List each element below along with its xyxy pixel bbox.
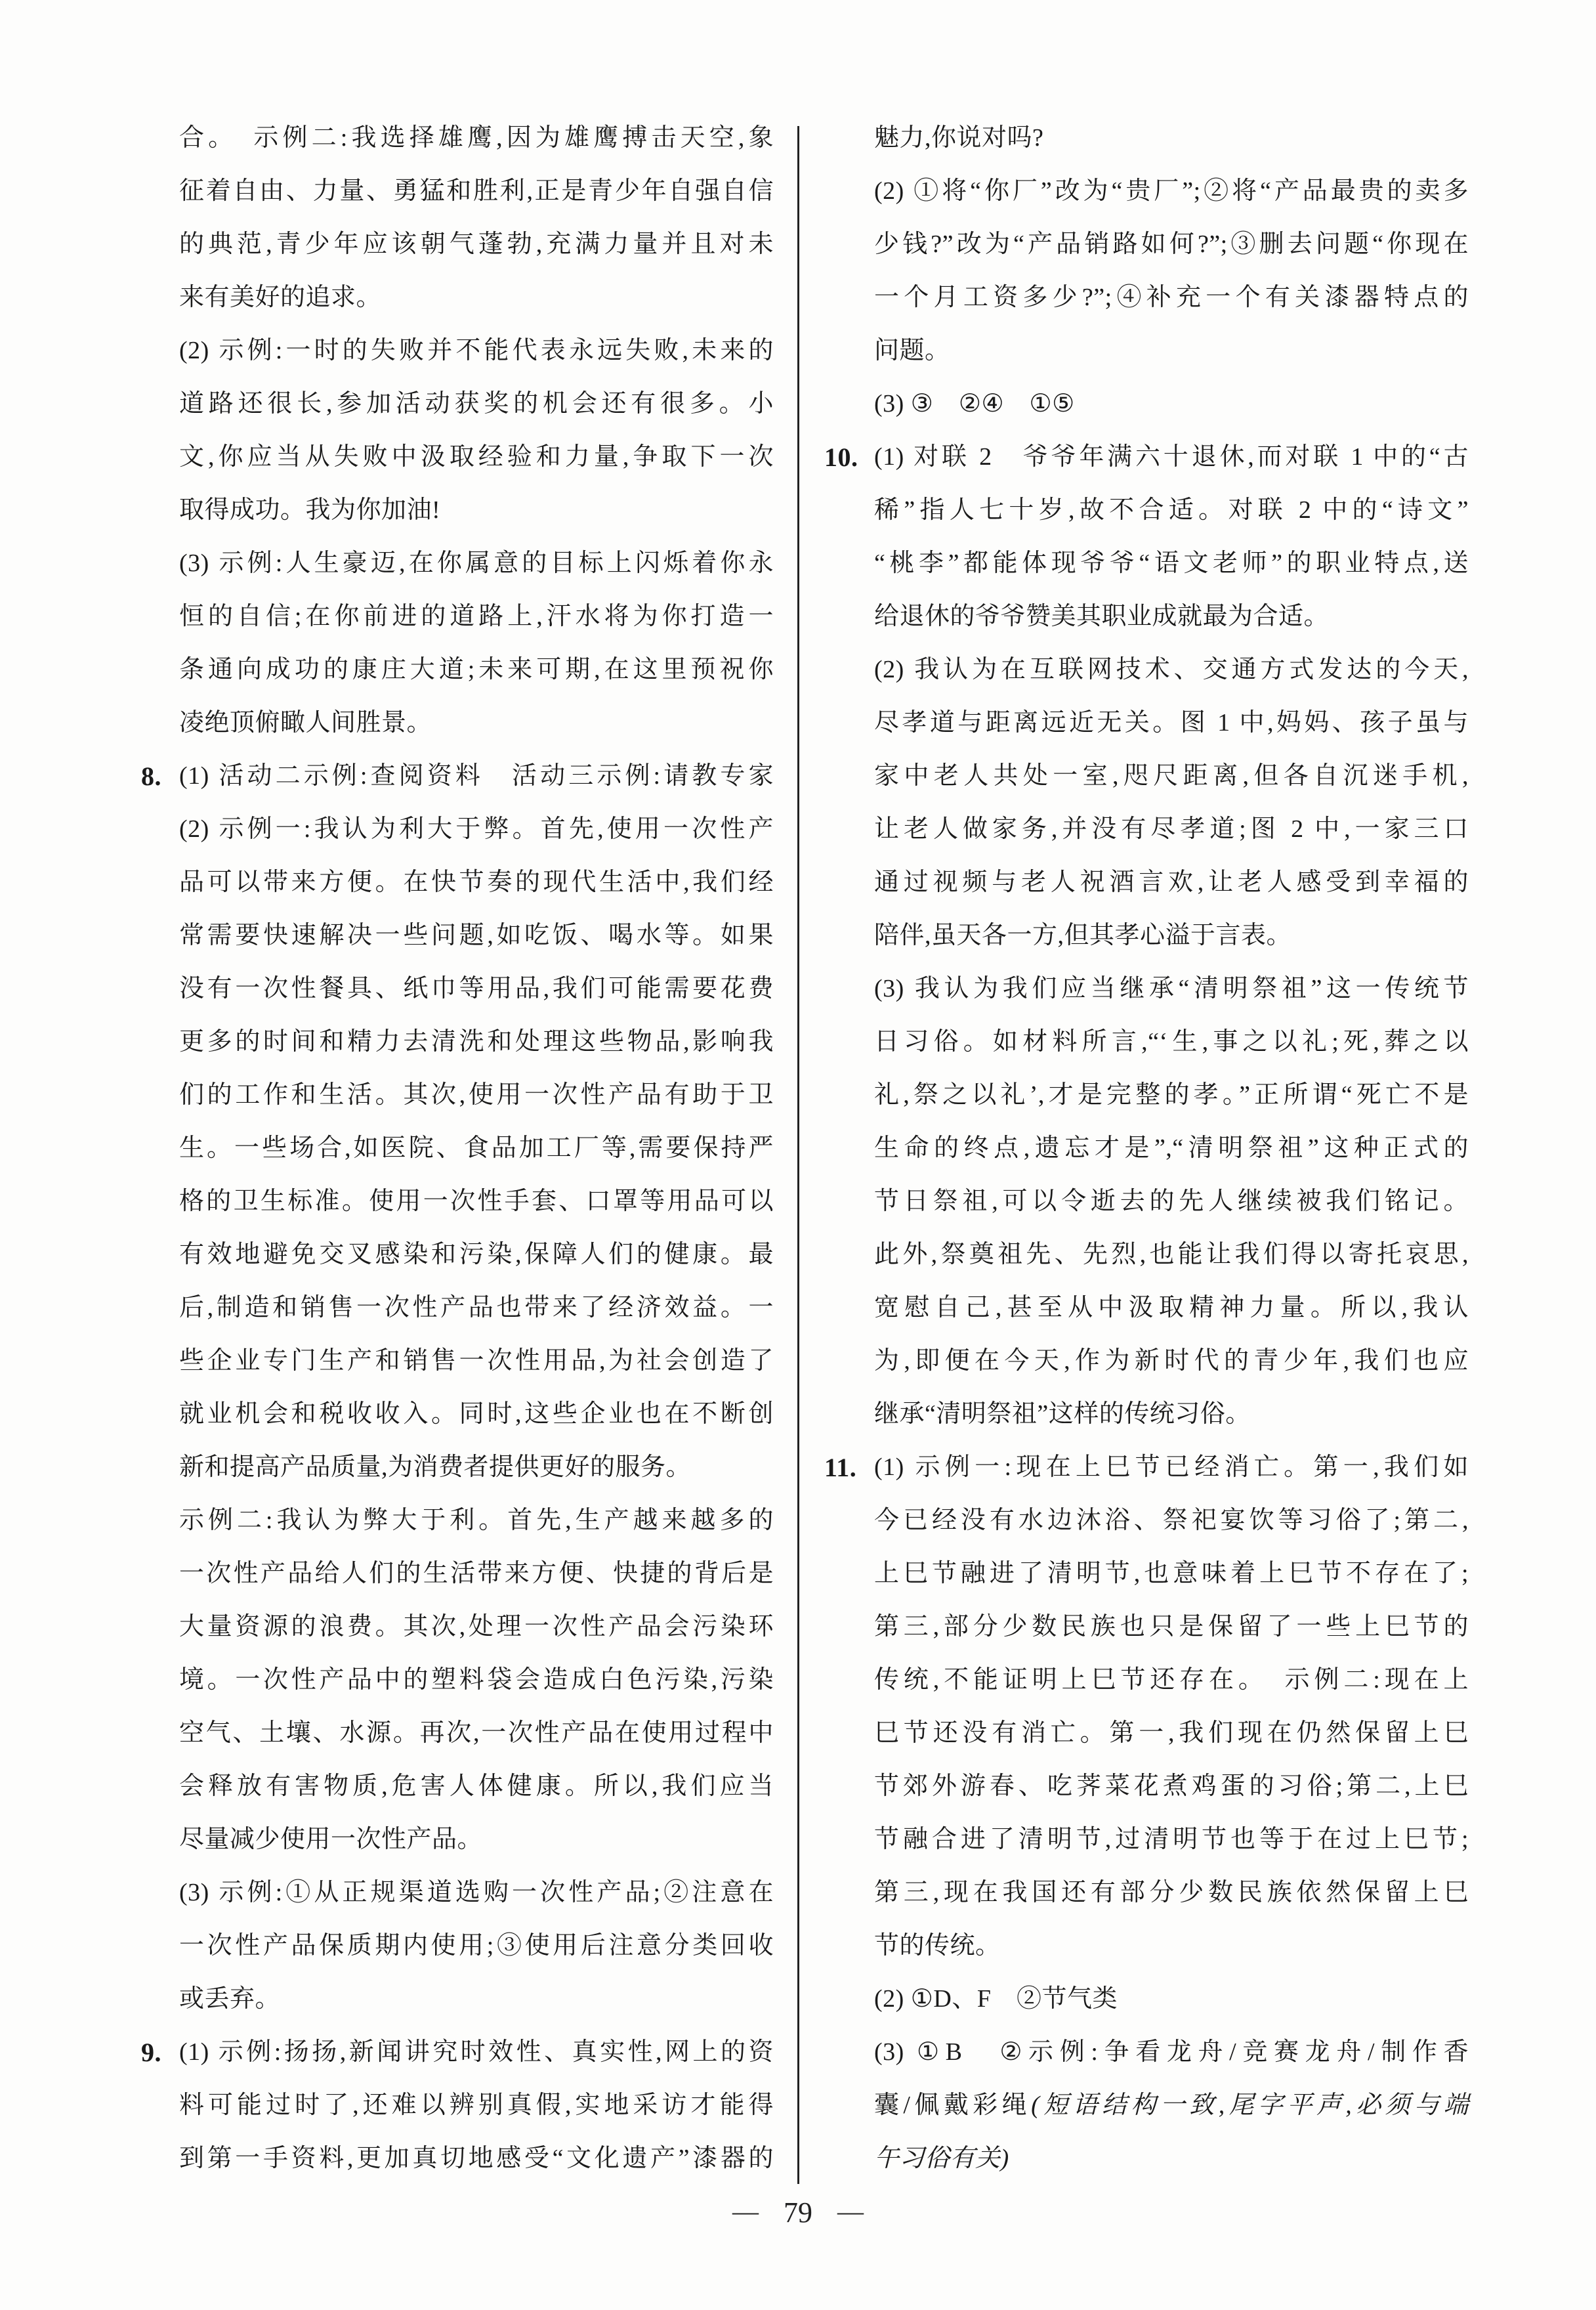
- answer-text: 陪伴,虽天各一方,但其孝心溢于言表。: [874, 922, 1291, 949]
- answer-text: 生。一些场合,如医院、食品加工厂等,需要保持严: [179, 1134, 774, 1162]
- answer-text: 文,你应当从失败中汲取经验和力量,争取下一次: [179, 443, 774, 471]
- text-line: “桃李”都能体现爷爷“语文老师”的职业特点,送: [874, 537, 1469, 590]
- text-line: 尽量减少使用一次性产品。: [179, 1813, 774, 1866]
- text-line: 魅力,你说对吗?: [874, 112, 1469, 165]
- text-line: 品可以带来方便。在快节奏的现代生活中,我们经: [179, 856, 774, 909]
- text-line: (2) ①将“你厂”改为“贵厂”;②将“产品最贵的卖多: [874, 165, 1469, 218]
- text-line: 节日祭祖,可以令逝去的先人继续被我们铭记。: [874, 1175, 1469, 1228]
- answer-text: 一个月工资多少?”;④补充一个有关漆器特点的: [874, 284, 1469, 311]
- text-line: 就业机会和税收收入。同时,这些企业也在不断创: [179, 1388, 774, 1441]
- text-line: (3) 我认为我们应当继承“清明祭祖”这一传统节: [874, 962, 1469, 1016]
- answer-text: 品可以带来方便。在快节奏的现代生活中,我们经: [179, 868, 774, 896]
- text-line: 继承“清明祭祖”这样的传统习俗。: [874, 1388, 1469, 1441]
- answer-text: (1) 示例一:现在上巳节已经消亡。第一,我们如: [874, 1453, 1469, 1481]
- text-line: 第三,现在我国还有部分少数民族依然保留上巳: [874, 1866, 1469, 1919]
- answer-text: 生命的终点,遗忘才是”,“清明祭祖”这种正式的: [874, 1134, 1469, 1162]
- answer-text: (2) ①D、F ②节气类: [874, 1985, 1118, 2013]
- text-line: (2) 示例:一时的失败并不能代表永远失败,未来的: [179, 324, 774, 377]
- answer-text: 第三,现在我国还有部分少数民族依然保留上巳: [874, 1879, 1469, 1906]
- text-line: 一次性产品保质期内使用;③使用后注意分类回收: [179, 1919, 774, 1973]
- answer-text: (2) 示例:一时的失败并不能代表永远失败,未来的: [179, 337, 774, 364]
- text-line: 今已经没有水边沐浴、祭祀宴饮等习俗了;第二,: [874, 1494, 1469, 1547]
- left-column: 合。 示例二:我选择雄鹰,因为雄鹰搏击天空,象征着自由、力量、勇猛和胜利,正是青…: [179, 112, 774, 2185]
- answer-text: 魅力,你说对吗?: [874, 124, 1043, 152]
- answer-text: 格的卫生标准。使用一次性手套、口罩等用品可以: [179, 1187, 774, 1215]
- text-line: 节融合进了清明节,过清明节也等于在过上巳节;: [874, 1813, 1469, 1866]
- answer-text: 一次性产品保质期内使用;③使用后注意分类回收: [179, 1932, 774, 1959]
- text-line: (2) 示例一:我认为利大于弊。首先,使用一次性产: [179, 803, 774, 856]
- text-line: 来有美好的追求。: [179, 271, 774, 324]
- text-line: 道路还很长,参加活动获奖的机会还有很多。小: [179, 377, 774, 431]
- text-line: 问题。: [874, 324, 1469, 377]
- answer-text: (1) 示例:扬扬,新闻讲究时效性、真实性,网上的资: [179, 2038, 774, 2066]
- footer-dash-left: —: [732, 2196, 759, 2227]
- text-line: 常需要快速解决一些问题,如吃饭、喝水等。如果: [179, 909, 774, 962]
- answer-text: (2) ①将“你厂”改为“贵厂”;②将“产品最贵的卖多: [874, 177, 1469, 205]
- text-line: 传统,不能证明上巳节还存在。 示例二:现在上: [874, 1654, 1469, 1707]
- text-line: (2) ①D、F ②节气类: [874, 1973, 1469, 2026]
- answer-text: 今已经没有水边沐浴、祭祀宴饮等习俗了;第二,: [874, 1507, 1469, 1534]
- answer-text: 后,制造和销售一次性产品也带来了经济效益。一: [179, 1294, 774, 1321]
- item-number: 11.: [824, 1441, 856, 1494]
- answer-text: (3) ①B ②示例:争看龙舟/竞赛龙舟/制作香: [874, 2038, 1469, 2066]
- text-line: 节郊外游春、吃荠菜花煮鸡蛋的习俗;第二,上巳: [874, 1760, 1469, 1813]
- text-line: 会释放有害物质,危害人体健康。所以,我们应当: [179, 1760, 774, 1813]
- text-line: 征着自由、力量、勇猛和胜利,正是青少年自强自信: [179, 165, 774, 218]
- answer-text: 第三,部分少数民族也只是保留了一些上巳节的: [874, 1613, 1469, 1640]
- text-line: 10.(1) 对联 2 爷爷年满六十退休,而对联 1 中的“古: [874, 431, 1469, 484]
- text-line: 第三,部分少数民族也只是保留了一些上巳节的: [874, 1600, 1469, 1654]
- text-line: 的典范,青少年应该朝气蓬勃,充满力量并且对未: [179, 218, 774, 271]
- answer-text: 礼,祭之以礼’,才是完整的孝。”正所谓“死亡不是: [874, 1081, 1469, 1109]
- text-line: 让老人做家务,并没有尽孝道;图 2 中,一家三口: [874, 803, 1469, 856]
- answer-text: 或丢弃。: [179, 1985, 280, 2013]
- text-line: 此外,祭奠祖先、先烈,也能让我们得以寄托哀思,: [874, 1228, 1469, 1281]
- text-line: 大量资源的浪费。其次,处理一次性产品会污染环: [179, 1600, 774, 1654]
- text-line: 给退休的爷爷赞美其职业成就最为合适。: [874, 590, 1469, 643]
- answer-text: 到第一手资料,更加真切地感受“文化遗产”漆器的: [179, 2145, 774, 2172]
- answer-text: 空气、土壤、水源。再次,一次性产品在使用过程中: [179, 1719, 774, 1747]
- annotation-text: 午习俗有关): [874, 2145, 1009, 2172]
- text-line: 一个月工资多少?”;④补充一个有关漆器特点的: [874, 271, 1469, 324]
- text-line: 有效地避免交叉感染和污染,保障人们的健康。最: [179, 1228, 774, 1281]
- answer-text: 一次性产品给人们的生活带来方便、快捷的背后是: [179, 1560, 774, 1587]
- text-line: 囊/佩戴彩绳(短语结构一致,尾字平声,必须与端: [874, 2079, 1469, 2132]
- text-line: 到第一手资料,更加真切地感受“文化遗产”漆器的: [179, 2132, 774, 2185]
- answer-text: 给退休的爷爷赞美其职业成就最为合适。: [874, 603, 1329, 630]
- answer-text: 新和提高产品质量,为消费者提供更好的服务。: [179, 1453, 691, 1481]
- page-number: 79: [784, 2196, 812, 2229]
- answer-text: 上巳节融进了清明节,也意味着上巳节不存在了;: [874, 1560, 1469, 1587]
- text-line: 些企业专门生产和销售一次性用品,为社会创造了: [179, 1335, 774, 1388]
- answer-text: “桃李”都能体现爷爷“语文老师”的职业特点,送: [874, 549, 1469, 577]
- text-line: 宽慰自己,甚至从中汲取精神力量。所以,我认: [874, 1281, 1469, 1335]
- answer-text: 就业机会和税收收入。同时,这些企业也在不断创: [179, 1400, 774, 1428]
- answer-text: 问题。: [874, 337, 950, 364]
- answer-text: 凌绝顶俯瞰人间胜景。: [179, 709, 432, 737]
- text-line: (3) ③ ②④ ①⑤: [874, 377, 1469, 431]
- answer-text: 家中老人共处一室,咫尺距离,但各自沉迷手机,: [874, 762, 1469, 790]
- answer-text: 境。一次性产品中的塑料袋会造成白色污染,污染: [179, 1666, 774, 1694]
- text-line: 稀”指人七十岁,故不合适。对联 2 中的“诗文”: [874, 484, 1469, 537]
- answer-text: 征着自由、力量、勇猛和胜利,正是青少年自强自信: [179, 177, 774, 205]
- answer-text: 取得成功。我为你加油!: [179, 496, 440, 524]
- answer-text: 有效地避免交叉感染和污染,保障人们的健康。最: [179, 1241, 774, 1268]
- answer-text: 节的传统。: [874, 1932, 1001, 1959]
- answer-text: 恒的自信;在你前进的道路上,汗水将为你打造一: [179, 603, 774, 630]
- text-line: 生命的终点,遗忘才是”,“清明祭祖”这种正式的: [874, 1122, 1469, 1175]
- answer-text: (3) 示例:①从正规渠道选购一次性产品;②注意在: [179, 1879, 774, 1906]
- text-line: 条通向成功的康庄大道;未来可期,在这里预祝你: [179, 643, 774, 696]
- text-line: 新和提高产品质量,为消费者提供更好的服务。: [179, 1441, 774, 1494]
- answer-text: (2) 示例一:我认为利大于弊。首先,使用一次性产: [179, 815, 774, 843]
- text-line: 更多的时间和精力去清洗和处理这些物品,影响我: [179, 1016, 774, 1069]
- text-line: 取得成功。我为你加油!: [179, 484, 774, 537]
- text-line: (3) 示例:①从正规渠道选购一次性产品;②注意在: [179, 1866, 774, 1919]
- answer-text: 常需要快速解决一些问题,如吃饭、喝水等。如果: [179, 922, 774, 949]
- text-line: 9.(1) 示例:扬扬,新闻讲究时效性、真实性,网上的资: [179, 2026, 774, 2079]
- answer-text: 更多的时间和精力去清洗和处理这些物品,影响我: [179, 1028, 774, 1056]
- item-number: 8.: [141, 750, 161, 803]
- text-line: 陪伴,虽天各一方,但其孝心溢于言表。: [874, 909, 1469, 962]
- answer-text: 会释放有害物质,危害人体健康。所以,我们应当: [179, 1772, 774, 1800]
- text-line: 家中老人共处一室,咫尺距离,但各自沉迷手机,: [874, 750, 1469, 803]
- text-line: 示例二:我认为弊大于利。首先,生产越来越多的: [179, 1494, 774, 1547]
- text-line: 恒的自信;在你前进的道路上,汗水将为你打造一: [179, 590, 774, 643]
- text-line: 巳节还没有消亡。第一,我们现在仍然保留上巳: [874, 1707, 1469, 1760]
- text-line: 日习俗。如材料所言,“‘生,事之以礼;死,葬之以: [874, 1016, 1469, 1069]
- answer-text: 条通向成功的康庄大道;未来可期,在这里预祝你: [179, 656, 774, 683]
- answer-text: 通过视频与老人祝酒言欢,让老人感受到幸福的: [874, 868, 1469, 896]
- answer-text: 来有美好的追求。: [179, 284, 381, 311]
- answer-text: 囊/佩戴彩绳: [874, 2091, 1031, 2119]
- text-line: 文,你应当从失败中汲取经验和力量,争取下一次: [179, 431, 774, 484]
- text-line: 为,即便在今天,作为新时代的青少年,我们也应: [874, 1335, 1469, 1388]
- answer-text: 让老人做家务,并没有尽孝道;图 2 中,一家三口: [874, 815, 1469, 843]
- text-line: 凌绝顶俯瞰人间胜景。: [179, 696, 774, 750]
- text-line: 或丢弃。: [179, 1973, 774, 2026]
- text-line: 空气、土壤、水源。再次,一次性产品在使用过程中: [179, 1707, 774, 1760]
- answer-text: (3) ③ ②④ ①⑤: [874, 390, 1075, 417]
- text-line: 境。一次性产品中的塑料袋会造成白色污染,污染: [179, 1654, 774, 1707]
- text-line: 尽孝道与距离远近无关。图 1 中,妈妈、孩子虽与: [874, 696, 1469, 750]
- text-line: 生。一些场合,如医院、食品加工厂等,需要保持严: [179, 1122, 774, 1175]
- text-line: 合。 示例二:我选择雄鹰,因为雄鹰搏击天空,象: [179, 112, 774, 165]
- answer-text: 的典范,青少年应该朝气蓬勃,充满力量并且对未: [179, 230, 774, 258]
- answer-text: 节融合进了清明节,过清明节也等于在过上巳节;: [874, 1826, 1469, 1853]
- answer-book-page: 合。 示例二:我选择雄鹰,因为雄鹰搏击天空,象征着自由、力量、勇猛和胜利,正是青…: [0, 0, 1596, 2310]
- answer-text: 为,即便在今天,作为新时代的青少年,我们也应: [874, 1347, 1469, 1375]
- answer-text: 节郊外游春、吃荠菜花煮鸡蛋的习俗;第二,上巳: [874, 1772, 1469, 1800]
- answer-text: 合。 示例二:我选择雄鹰,因为雄鹰搏击天空,象: [179, 124, 774, 152]
- answer-text: 尽量减少使用一次性产品。: [179, 1826, 482, 1853]
- text-line: 8.(1) 活动二示例:查阅资料 活动三示例:请教专家: [179, 750, 774, 803]
- text-line: 上巳节融进了清明节,也意味着上巳节不存在了;: [874, 1547, 1469, 1600]
- answer-text: 没有一次性餐具、纸巾等用品,我们可能需要花费: [179, 975, 774, 1002]
- footer-dash-right: —: [837, 2196, 864, 2227]
- column-divider: [797, 126, 799, 2184]
- answer-text: 稀”指人七十岁,故不合适。对联 2 中的“诗文”: [874, 496, 1469, 524]
- text-line: (2) 我认为在互联网技术、交通方式发达的今天,: [874, 643, 1469, 696]
- text-line: 节的传统。: [874, 1919, 1469, 1973]
- answer-text: 日习俗。如材料所言,“‘生,事之以礼;死,葬之以: [874, 1028, 1469, 1056]
- text-line: 们的工作和生活。其次,使用一次性产品有助于卫: [179, 1069, 774, 1122]
- answer-text: 巳节还没有消亡。第一,我们现在仍然保留上巳: [874, 1719, 1469, 1747]
- answer-text: 传统,不能证明上巳节还存在。 示例二:现在上: [874, 1666, 1469, 1694]
- answer-text: 节日祭祖,可以令逝去的先人继续被我们铭记。: [874, 1187, 1469, 1215]
- text-line: (3) 示例:人生豪迈,在你属意的目标上闪烁着你永: [179, 537, 774, 590]
- answer-text: (1) 对联 2 爷爷年满六十退休,而对联 1 中的“古: [874, 443, 1469, 471]
- item-number: 9.: [141, 2026, 161, 2079]
- answer-text: 示例二:我认为弊大于利。首先,生产越来越多的: [179, 1507, 774, 1534]
- annotation-text: (短语结构一致,尾字平声,必须与端: [1031, 2091, 1469, 2119]
- answer-text: 继承“清明祭祖”这样的传统习俗。: [874, 1400, 1251, 1428]
- answer-text: 大量资源的浪费。其次,处理一次性产品会污染环: [179, 1613, 774, 1640]
- text-line: 11.(1) 示例一:现在上巳节已经消亡。第一,我们如: [874, 1441, 1469, 1494]
- text-line: (3) ①B ②示例:争看龙舟/竞赛龙舟/制作香: [874, 2026, 1469, 2079]
- text-line: 没有一次性餐具、纸巾等用品,我们可能需要花费: [179, 962, 774, 1016]
- answer-text: (3) 我认为我们应当继承“清明祭祖”这一传统节: [874, 975, 1469, 1002]
- answer-text: (3) 示例:人生豪迈,在你属意的目标上闪烁着你永: [179, 549, 774, 577]
- text-line: 少钱?”改为“产品销路如何?”;③删去问题“你现在: [874, 218, 1469, 271]
- answer-text: (2) 我认为在互联网技术、交通方式发达的今天,: [874, 656, 1469, 683]
- item-number: 10.: [824, 431, 858, 484]
- text-line: 格的卫生标准。使用一次性手套、口罩等用品可以: [179, 1175, 774, 1228]
- text-line: 一次性产品给人们的生活带来方便、快捷的背后是: [179, 1547, 774, 1600]
- right-column: 魅力,你说对吗?(2) ①将“你厂”改为“贵厂”;②将“产品最贵的卖多少钱?”改…: [874, 112, 1469, 2185]
- text-line: 礼,祭之以礼’,才是完整的孝。”正所谓“死亡不是: [874, 1069, 1469, 1122]
- answer-text: 些企业专门生产和销售一次性用品,为社会创造了: [179, 1347, 774, 1375]
- text-line: 通过视频与老人祝酒言欢,让老人感受到幸福的: [874, 856, 1469, 909]
- answer-text: 们的工作和生活。其次,使用一次性产品有助于卫: [179, 1081, 774, 1109]
- answer-text: (1) 活动二示例:查阅资料 活动三示例:请教专家: [179, 762, 774, 790]
- answer-text: 此外,祭奠祖先、先烈,也能让我们得以寄托哀思,: [874, 1241, 1469, 1268]
- text-line: 料可能过时了,还难以辨别真假,实地采访才能得: [179, 2079, 774, 2132]
- answer-text: 尽孝道与距离远近无关。图 1 中,妈妈、孩子虽与: [874, 709, 1469, 737]
- answer-text: 少钱?”改为“产品销路如何?”;③删去问题“你现在: [874, 230, 1469, 258]
- page-footer: — 79 —: [700, 2191, 896, 2234]
- answer-text: 道路还很长,参加活动获奖的机会还有很多。小: [179, 390, 774, 417]
- text-line: 后,制造和销售一次性产品也带来了经济效益。一: [179, 1281, 774, 1335]
- answer-text: 料可能过时了,还难以辨别真假,实地采访才能得: [179, 2091, 774, 2119]
- text-line: 午习俗有关): [874, 2132, 1469, 2185]
- answer-text: 宽慰自己,甚至从中汲取精神力量。所以,我认: [874, 1294, 1469, 1321]
